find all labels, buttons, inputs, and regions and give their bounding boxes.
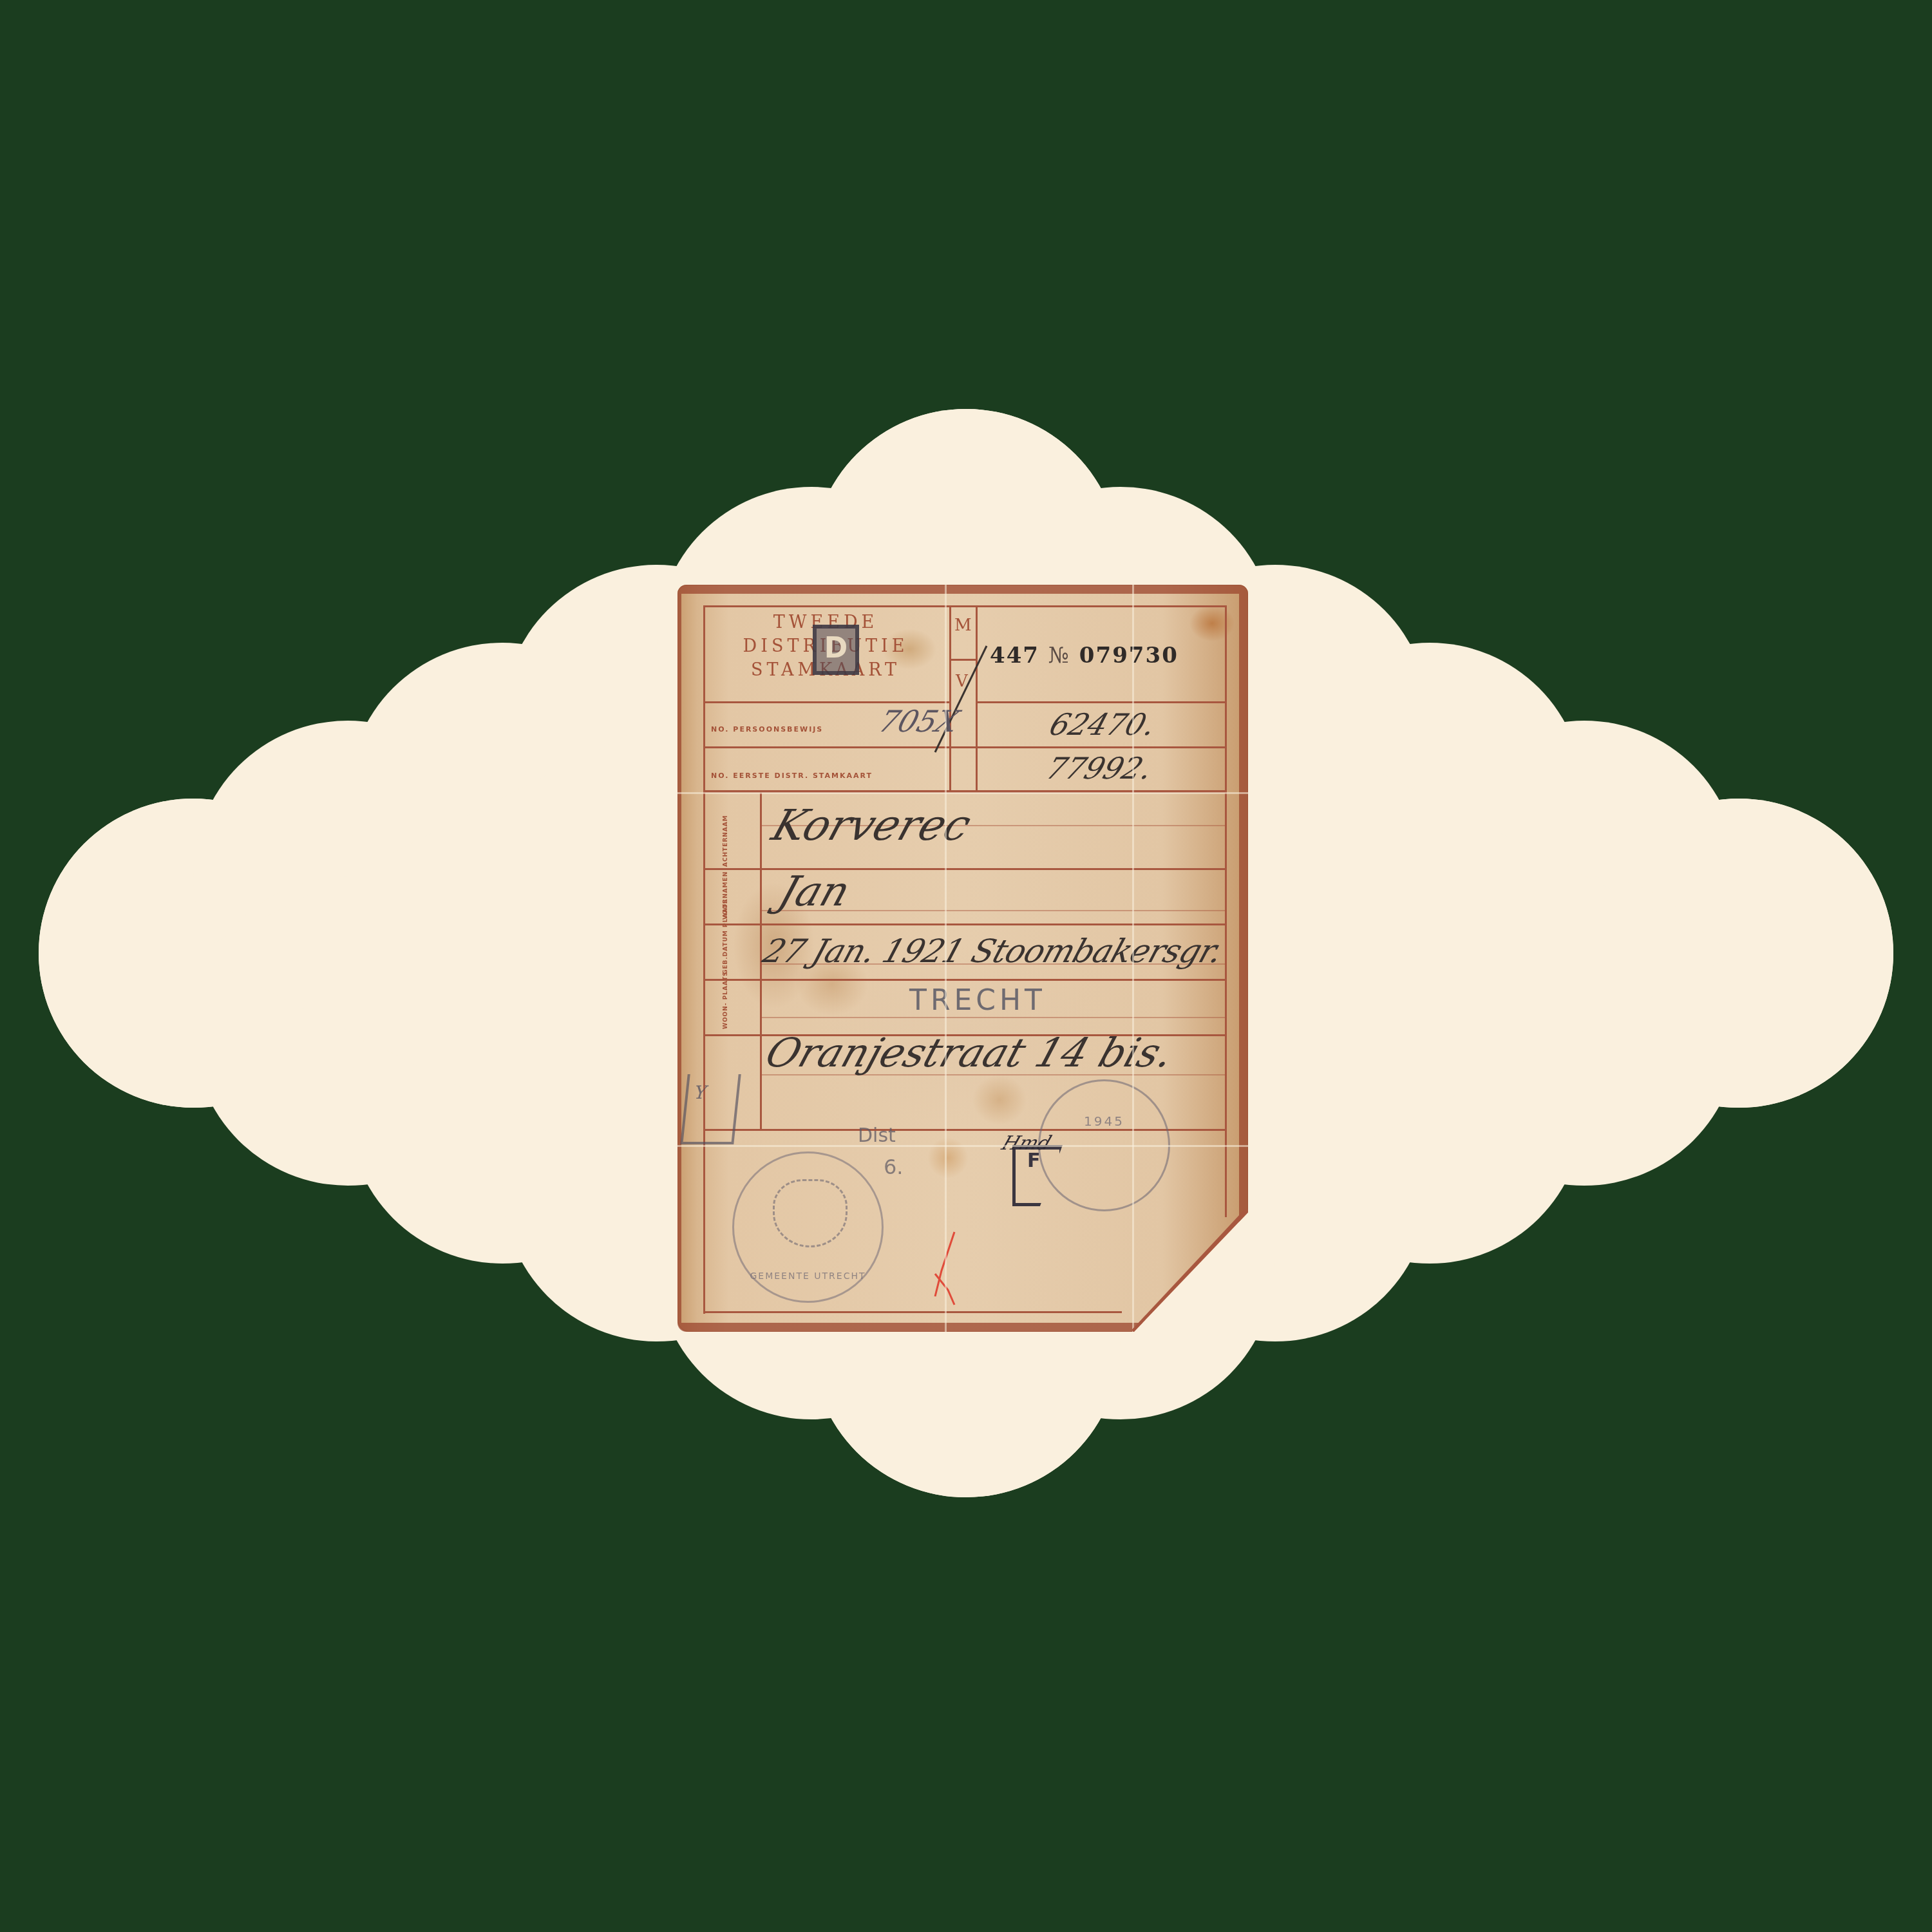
persoonsbewijs-handwritten: 705X bbox=[875, 704, 963, 739]
side-mark-text: Y bbox=[694, 1082, 708, 1103]
strike-line bbox=[922, 643, 993, 759]
side-box-mark: Y bbox=[680, 1074, 741, 1144]
dist-mark: Dist bbox=[858, 1124, 896, 1147]
rule-header-bottom bbox=[703, 701, 950, 703]
municipal-stamp: GEMEENTE UTRECHT bbox=[732, 1151, 884, 1303]
serial-value: 079730 bbox=[1079, 643, 1179, 668]
rule-bottom bbox=[703, 1311, 1122, 1313]
serial-prefix: 447 bbox=[990, 643, 1039, 668]
rule-number-row bbox=[976, 701, 1227, 703]
rule-right bbox=[1225, 605, 1227, 1217]
label-persoonsbewijs: NO. PERSOONSBEWIJS bbox=[711, 725, 823, 734]
birth-value: 27 Jan. 1921 Stoombakersgr. bbox=[759, 933, 1227, 970]
fold-crease-horizontal-2 bbox=[677, 1145, 1248, 1147]
fold-crease-horizontal-1 bbox=[677, 792, 1248, 794]
serial-symbol: № bbox=[1048, 643, 1070, 668]
side-label-surname: ACHTERNAAM bbox=[723, 802, 729, 867]
municipal-stamp-text: GEMEENTE UTRECHT bbox=[734, 1271, 882, 1282]
d-stamp: D bbox=[813, 625, 859, 675]
rule-surname bbox=[703, 868, 1227, 870]
side-label-birth: GEB.DATUM PLAATS bbox=[723, 929, 729, 974]
rule-top bbox=[703, 605, 1227, 607]
dist-number: 6. bbox=[884, 1155, 904, 1179]
label-eerste-stamkaart: NO. EERSTE DISTR. STAMKAART bbox=[711, 772, 873, 780]
address-value: Oranjestraat 14 bis. bbox=[760, 1029, 1180, 1076]
rule-left bbox=[703, 605, 705, 1314]
rule-birth bbox=[703, 979, 1227, 981]
rule-faint-4 bbox=[760, 1017, 1227, 1018]
side-label-residence: WOON- PLAATS bbox=[723, 984, 729, 1029]
eerste-stamkaart-number: 77992. bbox=[1042, 751, 1157, 786]
fold-crease-vertical-1 bbox=[945, 585, 947, 1332]
f-signature: Hmd bbox=[999, 1132, 1055, 1155]
serial-number: 447 № 079730 bbox=[990, 643, 1179, 668]
postmark-year: 1945 bbox=[1040, 1113, 1168, 1129]
residence-stamp: TRECHT bbox=[909, 984, 1046, 1017]
distribution-card: TWEEDE DISTRIBUTIE STAMKAART D M V 447 №… bbox=[677, 585, 1248, 1332]
rule-firstname bbox=[703, 923, 1227, 925]
coat-of-arms-icon bbox=[773, 1179, 848, 1247]
persoonsbewijs-number: 62470. bbox=[1045, 707, 1160, 742]
gender-male-label: M bbox=[954, 616, 972, 635]
